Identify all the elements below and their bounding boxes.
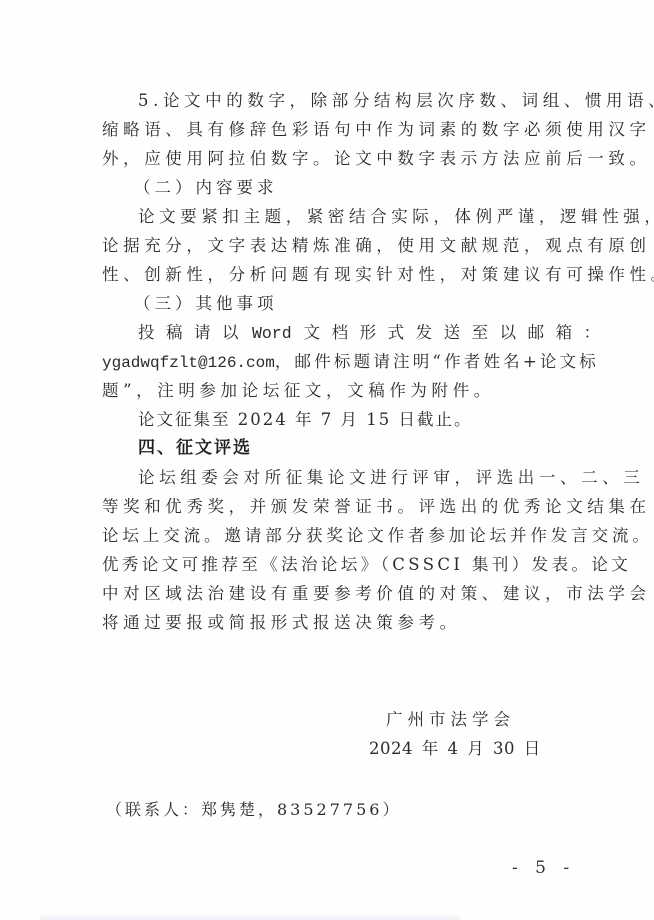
- contact-info: （联系人：郑隽楚，83527756）: [106, 795, 401, 824]
- paragraph-line: 将通过要报或简报形式报送决策参考。: [102, 608, 558, 637]
- paragraph-line: 优秀论文可推荐至《法治论坛》（CSSCI 集刊）发表。论文: [102, 550, 558, 579]
- word-format-label: Word: [252, 324, 292, 343]
- signature-date: 2024 年 4 月 30 日: [369, 734, 541, 763]
- scan-edge-artifact: [40, 914, 460, 920]
- paragraph-line: 性、创新性，分析问题有现实针对性，对策建议有可操作性。: [102, 260, 558, 289]
- deadline-line: 论文征集至 2024 年 7 月 15 日截止。: [102, 405, 558, 434]
- document-page: 5.论文中的数字，除部分结构层次序数、词组、惯用语、 缩略语、具有修辞色彩语句中…: [0, 0, 654, 920]
- page-number: - 5 -: [512, 858, 575, 878]
- document-body: 5.论文中的数字，除部分结构层次序数、词组、惯用语、 缩略语、具有修辞色彩语句中…: [102, 86, 558, 637]
- paragraph-line: 等奖和优秀奖，并颁发荣誉证书。评选出的优秀论文结集在: [102, 492, 558, 521]
- submission-suffix: 文档形式发送至以邮箱：: [304, 323, 612, 342]
- email-address[interactable]: ygadwqfzlt@126.com: [102, 354, 275, 372]
- paragraph-line: 论坛组委会对所征集论文进行评审，评选出一、二、三: [102, 463, 558, 492]
- paragraph-line: 论坛上交流。邀请部分获奖论文作者参加论坛并作发言交流。: [102, 521, 558, 550]
- email-instruction: ，邮件标题请注明“作者姓名+论文标: [275, 352, 599, 371]
- signature-organization: 广州市法学会: [386, 705, 515, 734]
- submission-prefix: 投稿请以: [138, 323, 250, 342]
- paragraph-line: 中对区域法治建设有重要参考价值的对策、建议，市法学会: [102, 579, 558, 608]
- submission-line: 题”，注明参加论坛征文，文稿作为附件。: [102, 376, 558, 405]
- submission-line: 投稿请以Word文档形式发送至以邮箱：: [102, 318, 558, 347]
- paragraph-line: 缩略语、具有修辞色彩语句中作为词素的数字必须使用汉字: [102, 115, 558, 144]
- paragraph-line: 外，应使用阿拉伯数字。论文中数字表示方法应前后一致。: [102, 144, 558, 173]
- section-heading-evaluation: 四、征文评选: [102, 434, 558, 463]
- paragraph-line: 5.论文中的数字，除部分结构层次序数、词组、惯用语、: [102, 86, 558, 115]
- paragraph-line: 论文要紧扣主题，紧密结合实际，体例严谨，逻辑性强，: [102, 202, 558, 231]
- paragraph-line: 论据充分，文字表达精炼准确，使用文献规范，观点有原创: [102, 231, 558, 260]
- submission-line: ygadwqfzlt@126.com，邮件标题请注明“作者姓名+论文标: [102, 347, 558, 376]
- section-heading-other-matters: （三）其他事项: [102, 289, 558, 318]
- section-heading-content-requirements: （二）内容要求: [102, 173, 558, 202]
